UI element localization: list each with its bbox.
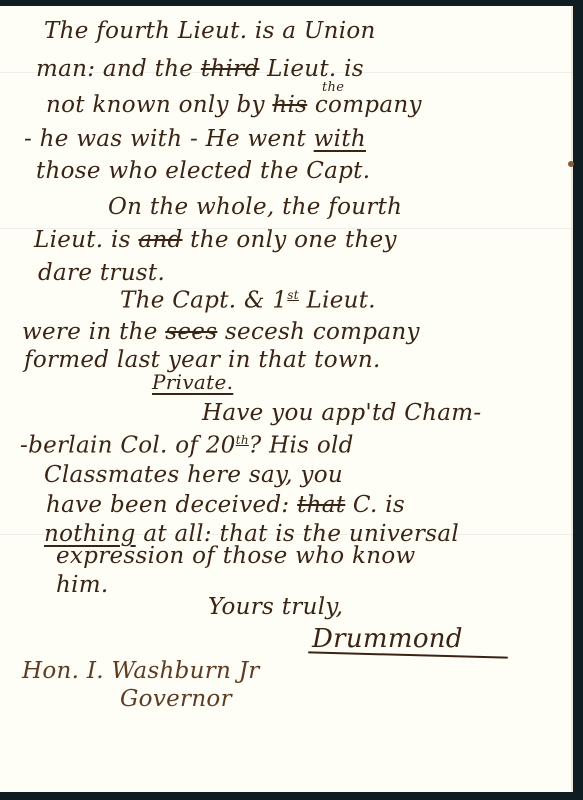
ink-spot	[568, 161, 574, 167]
line-text: Lieut. is	[259, 56, 363, 82]
letter-line-6: On the whole, the fourth	[108, 196, 402, 219]
line-text: - he was with - He went	[24, 126, 314, 152]
letter-line-5: those who elected the Capt.	[36, 160, 370, 183]
struck-word: his	[272, 92, 307, 118]
line-text: Have you app'td Cham-	[202, 400, 481, 426]
addressee-name: Hon. I. Washburn Jr	[22, 660, 260, 683]
line-text: him.	[56, 572, 109, 598]
private-heading: Private.	[152, 372, 233, 392]
line-text: Lieut. is	[34, 227, 138, 253]
line-text: The fourth Lieut. is a Union	[44, 18, 376, 44]
letter-line-7: Lieut. is and the only one they	[34, 229, 397, 252]
letter-closing: Yours truly,	[208, 596, 343, 619]
struck-word: sees	[165, 319, 217, 345]
line-text: company	[307, 92, 422, 118]
letter-line-11: formed last year in that town.	[24, 349, 381, 372]
scanned-letter-page: The fourth Lieut. is a Union man: and th…	[0, 0, 583, 800]
paper-sheet: The fourth Lieut. is a Union man: and th…	[0, 6, 573, 792]
line-text: have been deceived:	[46, 492, 297, 518]
letter-line-9: The Capt. & 1st Lieut.	[120, 289, 376, 313]
line-text: were in the	[22, 319, 165, 345]
underlined-word: with	[314, 126, 366, 152]
superscript: st	[287, 288, 299, 302]
line-text: -berlain Col. of 20	[20, 433, 236, 459]
private-line-1: Have you app'td Cham-	[202, 402, 481, 425]
line-text: Classmates here say, you	[44, 462, 343, 488]
letter-line-4: - he was with - He went with	[24, 128, 366, 151]
signature: Drummond	[312, 626, 463, 652]
paper-edge	[571, 6, 573, 792]
line-text: Lieut.	[299, 288, 376, 314]
line-text: ? His old	[249, 433, 354, 459]
struck-word: and	[138, 227, 182, 253]
line-text: On the whole, the fourth	[108, 194, 402, 220]
line-text: expression of those who know	[56, 543, 416, 569]
line-text: not known only by	[46, 92, 272, 118]
line-text: the only one they	[183, 227, 397, 253]
line-text: those who elected the Capt.	[36, 158, 370, 184]
superscript: th	[236, 433, 249, 447]
line-text: man: and the	[36, 56, 201, 82]
letter-line-2: man: and the third Lieut. is	[36, 58, 364, 81]
struck-word: third	[201, 56, 260, 82]
letter-line-3: not known only by his company	[46, 94, 422, 117]
private-line-7: him.	[56, 574, 109, 597]
private-line-3: Classmates here say, you	[44, 464, 343, 487]
line-text: The Capt. & 1	[120, 288, 287, 314]
private-line-2: -berlain Col. of 20th? His old	[20, 434, 354, 458]
letter-line-1: The fourth Lieut. is a Union	[44, 20, 376, 43]
line-text: dare trust.	[38, 260, 165, 286]
letter-line-10: were in the sees secesh company	[22, 321, 420, 344]
private-line-6: expression of those who know	[56, 545, 416, 568]
private-line-4: have been deceived: that C. is	[46, 494, 405, 517]
letter-line-8: dare trust.	[38, 262, 165, 285]
addressee-title: Governor	[120, 688, 232, 711]
struck-word: that	[297, 492, 345, 518]
line-text: C. is	[345, 492, 405, 518]
line-text: secesh company	[217, 319, 419, 345]
